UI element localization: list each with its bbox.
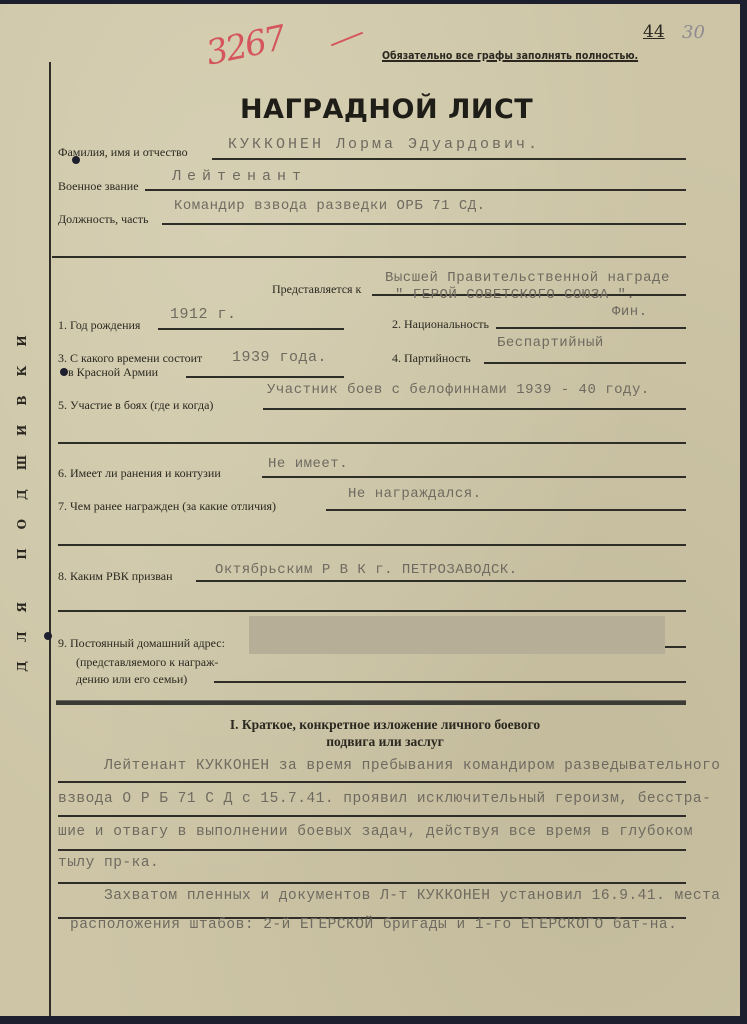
nationality-label: 2. Национальность xyxy=(392,317,489,332)
address-redaction xyxy=(249,616,665,654)
battles-rule-2 xyxy=(58,442,686,444)
rvk-label: 8. Каким РВК призван xyxy=(58,569,173,584)
address-label-line2: (представляемого к награж- xyxy=(76,655,218,670)
prior-awards-rule xyxy=(326,509,686,511)
battles-value: Участник боев с белофиннами 1939 - 40 го… xyxy=(267,382,650,398)
position-rule xyxy=(162,223,686,225)
wounds-label: 6. Имеет ли ранения и контузии xyxy=(58,466,221,481)
rank-rule xyxy=(145,189,686,191)
party-rule xyxy=(484,362,686,364)
section1-rule xyxy=(58,849,686,851)
address-rule xyxy=(665,646,686,648)
full-name-value: КУККОНЕН Лорма Эдуардович. xyxy=(228,136,540,153)
army-since-value: 1939 года. xyxy=(232,349,327,366)
section1-line: тылу пр-ка. xyxy=(58,855,159,871)
wounds-value: Не имеет. xyxy=(268,456,348,472)
section1-line: Захватом пленных и документов Л-т КУККОН… xyxy=(104,888,721,904)
nationality-value: Фин. xyxy=(612,304,648,320)
address-rule-2 xyxy=(214,681,686,683)
nominated-for-value-line2: " ГЕРОЙ СОВЕТСКОГО СОЮЗА ". xyxy=(395,287,635,303)
full-name-rule xyxy=(212,158,686,160)
army-since-label-line2: в Красной Армии xyxy=(68,365,158,380)
archive-number-handwritten: 3267 xyxy=(203,18,288,73)
battles-rule xyxy=(263,408,686,410)
page-number-alt: 30 xyxy=(682,22,705,43)
address-label-line1: 9. Постоянный домашний адрес: xyxy=(58,636,225,651)
red-strike-mark xyxy=(331,32,363,47)
section1-rule xyxy=(58,781,686,783)
scan-border-right xyxy=(740,0,747,1024)
nationality-rule xyxy=(496,327,686,329)
ink-blot xyxy=(60,368,68,376)
birth-year-label: 1. Год рождения xyxy=(58,318,140,333)
nominated-for-label: Представляется к xyxy=(272,282,361,297)
rank-value: Лейтенант xyxy=(172,168,307,185)
section1-line: взвода О Р Б 71 С Д с 15.7.41. проявил и… xyxy=(58,791,711,807)
nominated-for-value-line1: Высшей Правительственной награде xyxy=(385,270,670,286)
birth-year-value: 1912 г. xyxy=(170,306,237,323)
army-since-label-line1: 3. С какого времени состоит xyxy=(58,351,202,366)
party-label: 4. Партийность xyxy=(392,351,471,366)
section1-heading-line2: подвига или заслуг xyxy=(150,734,620,750)
position-label: Должность, часть xyxy=(58,212,148,227)
ink-blot xyxy=(72,156,80,164)
header-divider xyxy=(52,256,686,258)
rvk-rule-2 xyxy=(58,610,686,612)
scan-border xyxy=(0,1016,747,1024)
rvk-value: Октябрьским Р В К г. ПЕТРОЗАВОДСК. xyxy=(215,562,518,578)
fill-all-fields-notice: Обязательно все графы заполнять полность… xyxy=(382,50,638,62)
document-title: НАГРАДНОЙ ЛИСТ xyxy=(240,94,533,125)
address-label-line3: дению или его семьи) xyxy=(76,672,187,687)
party-value: Беспартийный xyxy=(497,335,604,351)
prior-awards-rule-2 xyxy=(58,544,686,546)
binding-side-label: ДЛЯ ПОДШИВКИ xyxy=(15,316,29,671)
section1-rule xyxy=(58,815,686,817)
ink-blot xyxy=(44,632,52,640)
rank-label: Военное звание xyxy=(58,179,139,194)
section1-rule xyxy=(58,882,686,884)
rvk-rule xyxy=(196,580,686,582)
section-divider xyxy=(56,700,686,705)
section1-line: шие и отвагу в выполнении боевых задач, … xyxy=(58,824,693,840)
section1-line: расположения штабов: 2-й ЕГЕРСКОЙ бригад… xyxy=(70,917,677,933)
wounds-rule xyxy=(262,476,686,478)
page-number: 44 xyxy=(643,22,665,42)
prior-awards-label: 7. Чем ранее награжден (за какие отличия… xyxy=(58,499,276,514)
battles-label: 5. Участие в боях (где и когда) xyxy=(58,398,213,413)
section1-line: Лейтенант КУККОНЕН за время пребывания к… xyxy=(104,758,721,774)
birth-year-rule xyxy=(158,328,344,330)
position-value: Командир взвода разведки ОРБ 71 СД. xyxy=(174,198,486,214)
section1-heading-line1: I. Краткое, конкретное изложение личного… xyxy=(150,717,620,733)
award-sheet-page: 3267 Обязательно все графы заполнять пол… xyxy=(0,4,740,1018)
binding-margin-line xyxy=(49,62,51,1018)
prior-awards-value: Не награждался. xyxy=(348,486,482,502)
army-since-rule xyxy=(186,376,344,378)
